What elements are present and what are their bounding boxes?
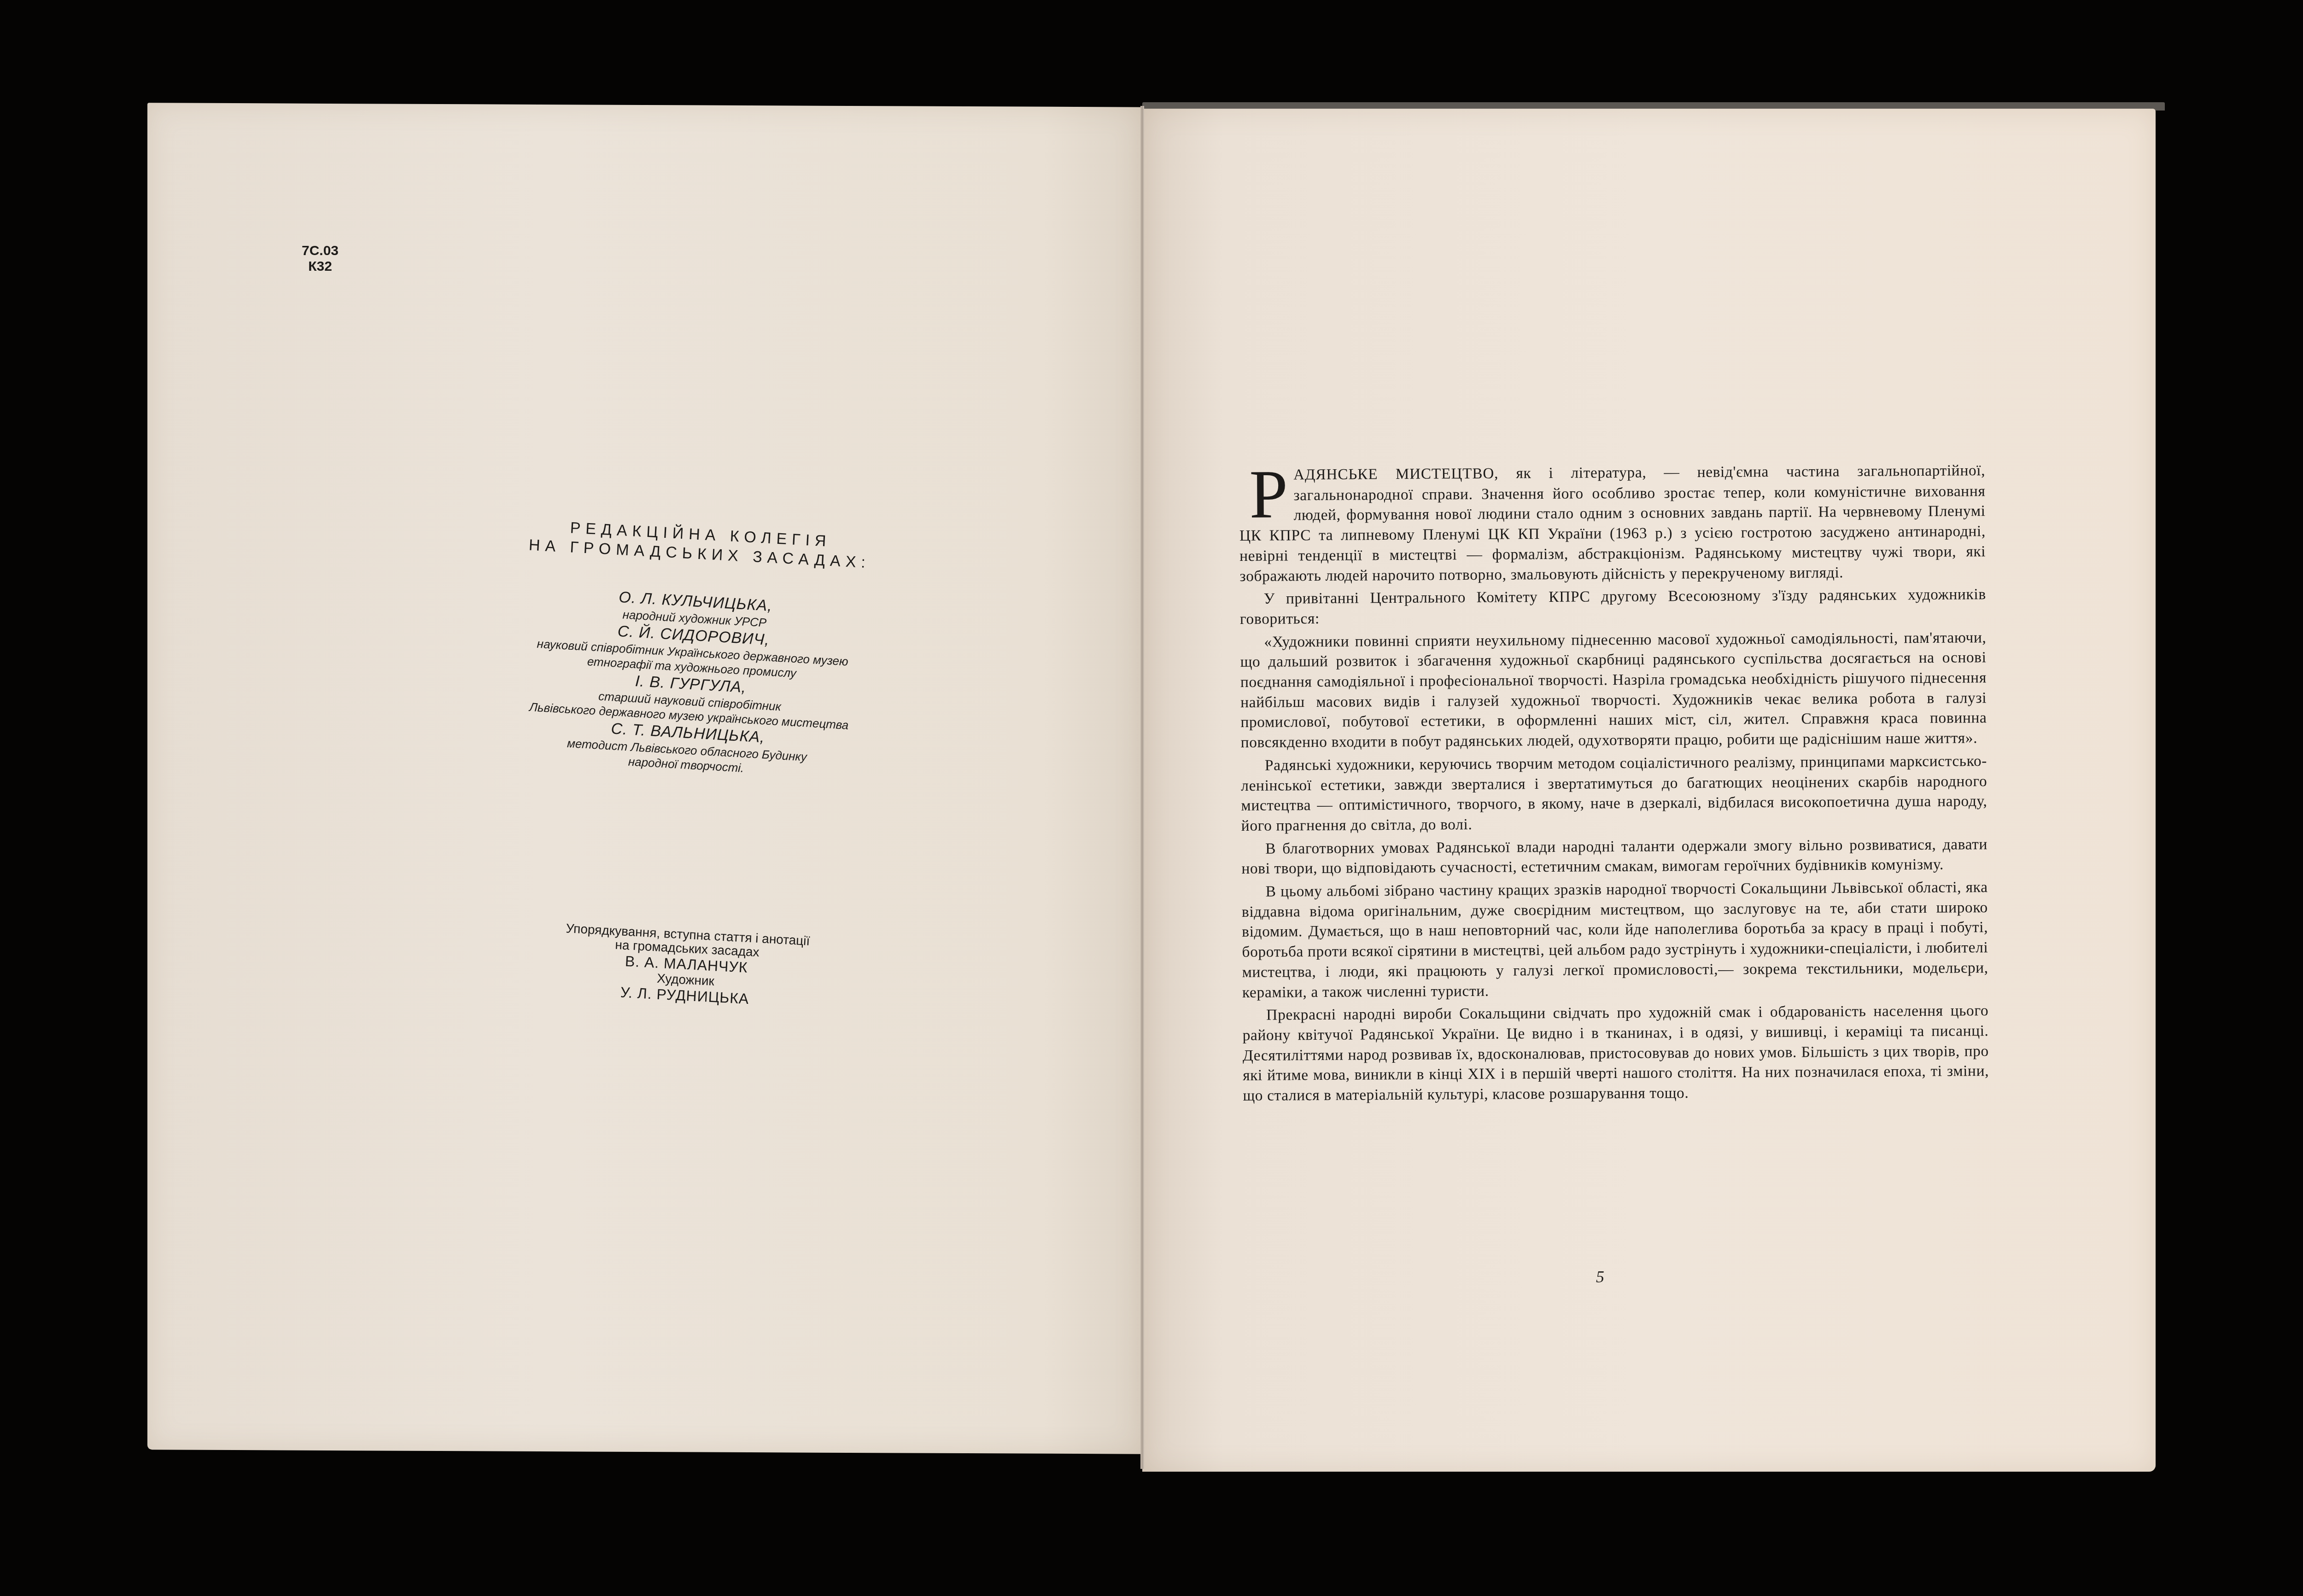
paragraph: В благотворних умовах Радянської влади н… bbox=[1241, 834, 1988, 879]
paragraph: У привітанні Центрального Комітету КПРС … bbox=[1240, 584, 1987, 629]
paragraph: Прекрасні народні вироби Сокальщини свід… bbox=[1242, 1001, 1989, 1106]
drop-cap: Р bbox=[1249, 466, 1288, 522]
editorial-board-list: О. Л. КУЛЬЧИЦЬКА, народний художник УРСР… bbox=[483, 580, 898, 784]
classmark-line: К32 bbox=[302, 259, 339, 274]
library-classmark: 7С.03 К32 bbox=[302, 243, 339, 274]
paragraph: Р АДЯНСЬКЕ МИСТЕЦТВО, як і література, —… bbox=[1239, 460, 1986, 586]
book-spine-fold bbox=[1140, 106, 1144, 1469]
credits-block: Упорядкування, вступна стаття і анотації… bbox=[537, 920, 836, 1012]
lead-smallcaps: АДЯНСЬКЕ МИСТЕЦТВО, bbox=[1293, 466, 1498, 483]
classmark-line: 7С.03 bbox=[302, 243, 339, 259]
page-number: 5 bbox=[1596, 1267, 1604, 1287]
paragraph: Радянські художники, керуючись творчим м… bbox=[1241, 751, 1987, 836]
left-page bbox=[147, 103, 1142, 1454]
paragraph: В цьому альбомі зібрано частину кращих з… bbox=[1242, 877, 1989, 1002]
paragraph-quote: «Художники повинні сприяти неухильному п… bbox=[1240, 628, 1987, 753]
introduction-text: Р АДЯНСЬКЕ МИСТЕЦТВО, як і література, —… bbox=[1239, 460, 1989, 1109]
